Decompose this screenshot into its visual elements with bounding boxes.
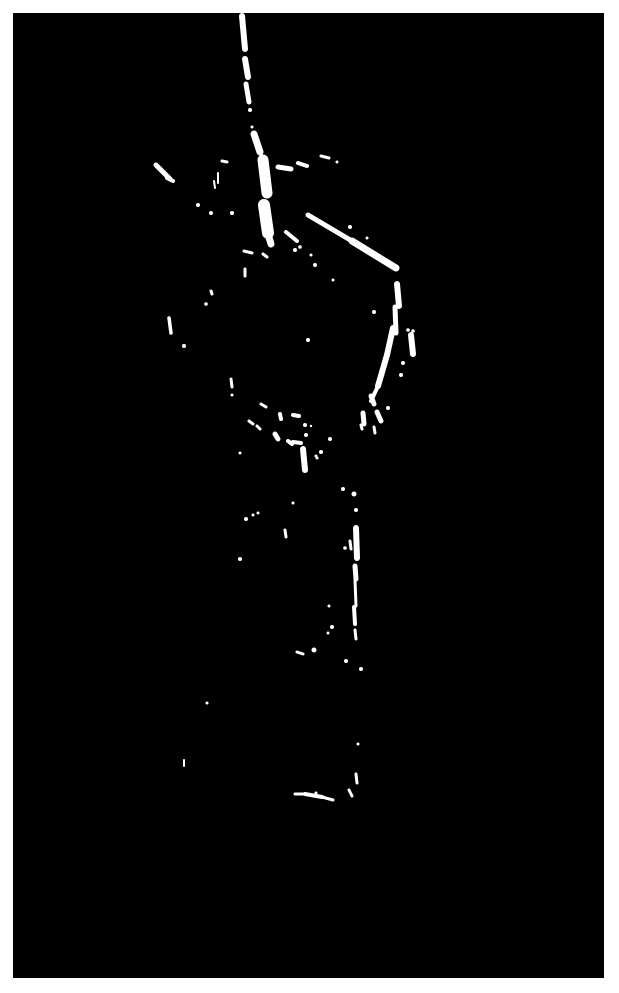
white-mark-dot (399, 373, 403, 377)
white-mark-stroke (411, 335, 413, 354)
white-mark-dot (230, 211, 234, 215)
white-mark-stroke (298, 163, 307, 166)
white-mark-dot (315, 455, 318, 458)
white-mark-dot (343, 546, 347, 550)
white-mark-stroke (275, 434, 278, 439)
white-mark-stroke (167, 178, 173, 181)
white-mark-dot (401, 361, 405, 365)
white-mark-stroke (355, 580, 356, 606)
white-mark-stroke (297, 652, 303, 654)
white-mark-dot (252, 514, 255, 517)
white-mark-stroke (293, 442, 301, 443)
white-mark-dot (366, 237, 369, 240)
binary-image-canvas (0, 0, 619, 993)
white-mark-dot (330, 625, 334, 629)
white-mark-stroke (242, 16, 245, 49)
white-mark-dot (354, 508, 358, 512)
white-mark-stroke (268, 234, 271, 244)
white-mark-dot (239, 452, 242, 455)
white-mark-dot (341, 487, 345, 491)
white-mark-dot (182, 344, 186, 348)
white-mark-stroke (355, 630, 356, 639)
white-mark-dot (206, 702, 209, 705)
white-mark-dot (315, 792, 318, 795)
white-mark-stroke (303, 449, 305, 470)
white-mark-stroke (169, 318, 171, 333)
white-mark-stroke (278, 167, 291, 169)
white-mark-stroke (356, 774, 357, 783)
white-mark-dot (348, 225, 352, 229)
white-mark-dot (352, 492, 357, 497)
white-mark-stroke (285, 530, 286, 537)
white-mark-stroke (371, 396, 374, 404)
white-mark-stroke (246, 84, 249, 102)
white-mark-stroke (361, 425, 362, 429)
white-mark-dot (293, 248, 297, 252)
white-mark-dot (251, 126, 254, 129)
white-mark-stroke (355, 566, 356, 579)
white-mark-dot (327, 632, 330, 635)
white-mark-dot (238, 557, 242, 561)
white-mark-stroke (374, 427, 375, 433)
white-mark-dot (411, 329, 415, 333)
white-mark-stroke (257, 426, 260, 429)
white-mark-dot (386, 406, 390, 410)
framed-photo (0, 0, 619, 993)
white-mark-stroke (264, 205, 268, 233)
white-mark-stroke (231, 379, 232, 387)
white-mark-dot (344, 659, 348, 663)
white-mark-stroke (321, 156, 329, 158)
white-mark-dot (304, 433, 308, 437)
white-mark-dot (231, 394, 234, 397)
white-mark-dot (357, 743, 360, 746)
white-mark-dot (292, 502, 295, 505)
white-mark-dot (310, 425, 312, 427)
white-mark-dot (303, 423, 307, 427)
white-mark-stroke (214, 181, 215, 188)
white-mark-dot (336, 161, 339, 164)
white-mark-dot (196, 203, 200, 207)
white-mark-dot (312, 648, 317, 653)
white-mark-stroke (211, 291, 212, 294)
white-mark-stroke (354, 607, 355, 624)
white-mark-dot (406, 328, 410, 332)
white-mark-dot (248, 108, 252, 112)
white-mark-stroke (222, 161, 227, 162)
white-mark-dot (209, 211, 213, 215)
white-mark-dot (332, 279, 335, 282)
white-mark-dot (328, 437, 332, 441)
white-mark-stroke (244, 251, 252, 253)
white-mark-stroke (280, 414, 281, 419)
white-mark-dot (313, 263, 317, 267)
white-mark-dot (319, 450, 323, 454)
white-mark-dot (244, 517, 248, 521)
white-mark-dot (306, 338, 310, 342)
white-mark-dot (310, 254, 313, 257)
white-mark-stroke (350, 541, 351, 549)
white-mark-dot (257, 512, 260, 515)
white-mark-dot (372, 310, 376, 314)
white-mark-stroke (397, 284, 399, 306)
white-mark-stroke (245, 59, 248, 77)
black-canvas (13, 13, 604, 978)
white-mark-stroke (263, 160, 267, 193)
white-mark-dot (204, 302, 208, 306)
white-mark-dot (359, 667, 363, 671)
white-mark-dot (298, 245, 302, 249)
white-mark-stroke (356, 528, 357, 558)
white-mark-dot (328, 605, 331, 608)
white-mark-stroke (363, 413, 364, 424)
white-mark-stroke (293, 415, 299, 416)
